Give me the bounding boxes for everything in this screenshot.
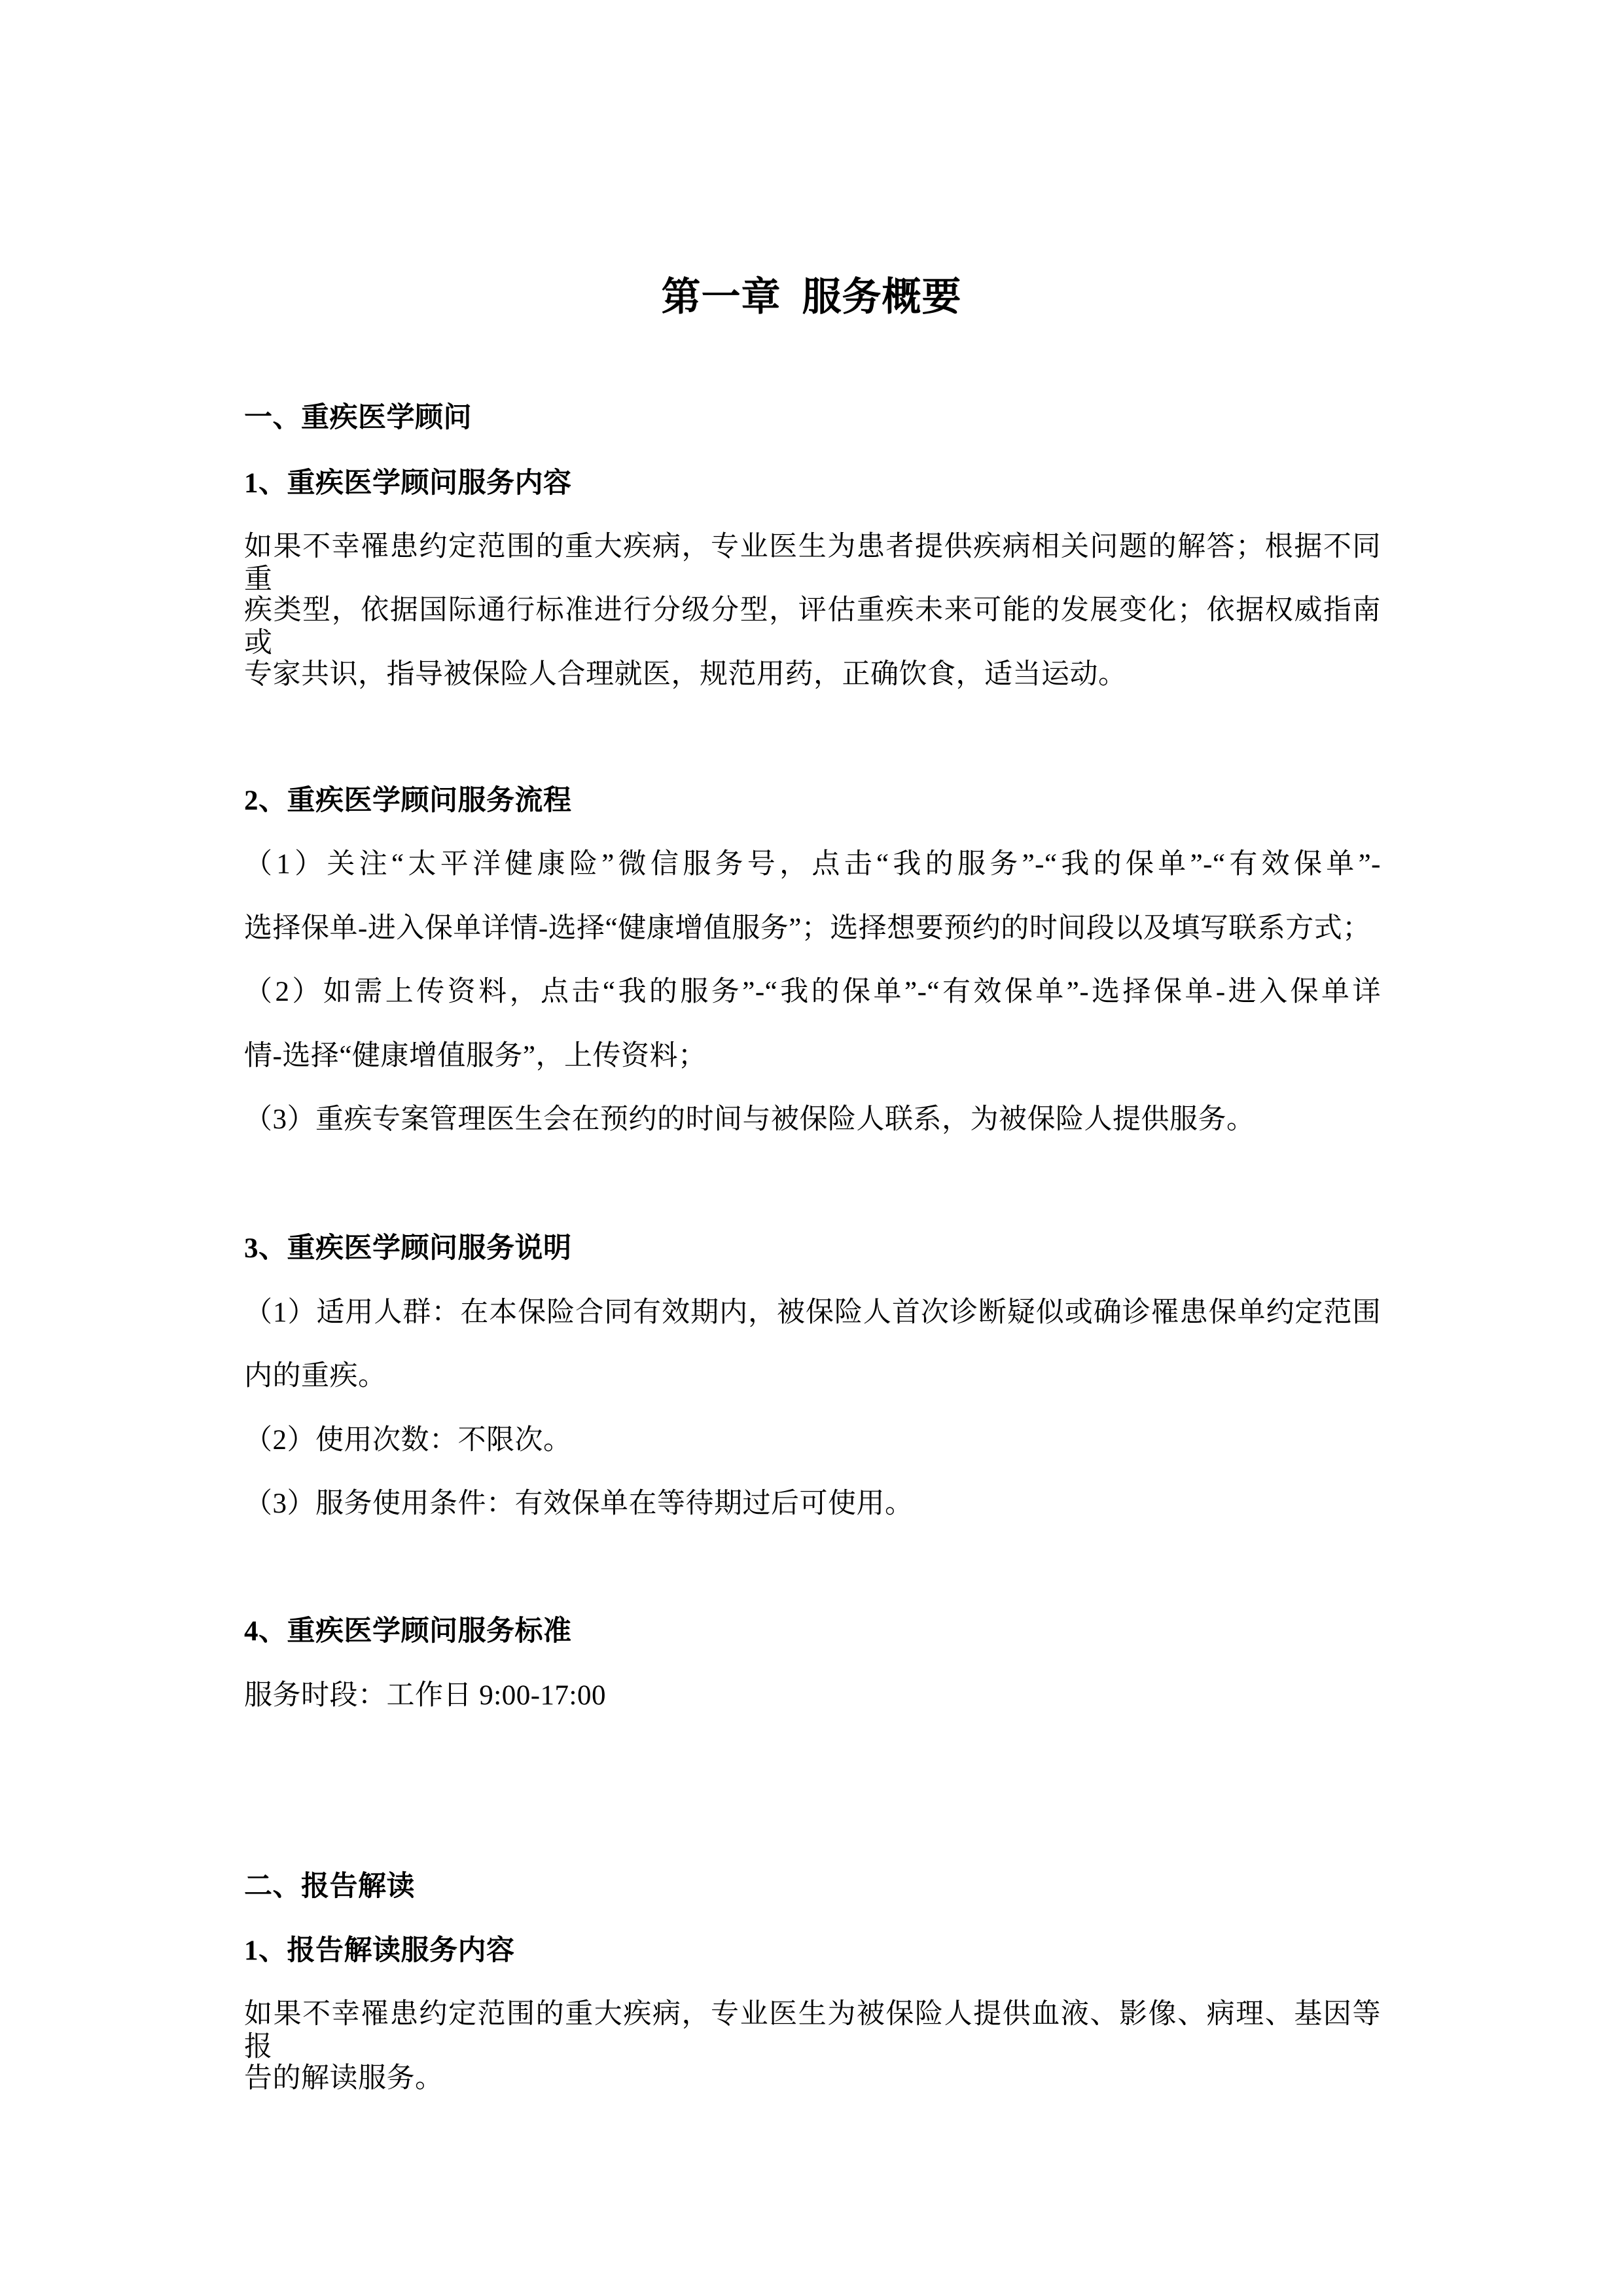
body-line: （3）服务使用条件：有效保单在等待期过后可使用。 <box>244 1488 1381 1520</box>
section-heading-critical-illness-medical-advisor: 一、重疾医学顾问 <box>244 402 1381 435</box>
subsection-heading-report-service-content: 1、报告解读服务内容 <box>244 1935 1381 1967</box>
body-line: 专家共识，指导被保险人合理就医，规范用药，正确饮食，适当运动。 <box>244 658 1381 691</box>
body-line: （1）适用人群：在本保险合同有效期内，被保险人首次诊断疑似或确诊罹患保单约定范围 <box>244 1297 1381 1329</box>
body-line: （2）使用次数：不限次。 <box>244 1424 1381 1457</box>
body-line: （2）如需上传资料，点击“我的服务”-“我的保单”-“有效保单”-选择保单-进入… <box>244 976 1381 1009</box>
body-line: （1）关注“太平洋健康险”微信服务号，点击“我的服务”-“我的保单”-“有效保单… <box>244 848 1381 881</box>
subsection-heading-service-description: 3、重疾医学顾问服务说明 <box>244 1232 1381 1265</box>
body-line: 内的重疾。 <box>244 1360 1381 1393</box>
body-line: 情-选择“健康增值服务”，上传资料； <box>244 1040 1381 1073</box>
body-line: 如果不幸罹患约定范围的重大疾病，专业医生为患者提供疾病相关问题的解答；根据不同重 <box>244 531 1381 596</box>
subsection-heading-service-process: 2、重疾医学顾问服务流程 <box>244 785 1381 817</box>
body-line: 告的解读服务。 <box>244 2062 1381 2095</box>
body-line: （3）重疾专案管理医生会在预约的时间与被保险人联系，为被保险人提供服务。 <box>244 1103 1381 1136</box>
document-page: 第一章 服务概要 一、重疾医学顾问 1、重疾医学顾问服务内容 如果不幸罹患约定范… <box>0 0 1623 2296</box>
body-line: 选择保单-进入保单详情-选择“健康增值服务”；选择想要预约的时间段以及填写联系方… <box>244 912 1381 945</box>
body-line: 如果不幸罹患约定范围的重大疾病，专业医生为被保险人提供血液、影像、病理、基因等报 <box>244 1998 1381 2064</box>
section-heading-report-interpretation: 二、报告解读 <box>244 1871 1381 1903</box>
body-line-service-hours: 服务时段：工作日 9:00-17:00 <box>244 1679 1381 1712</box>
subsection-heading-service-content: 1、重疾医学顾问服务内容 <box>244 467 1381 500</box>
chapter-title: 第一章 服务概要 <box>0 275 1623 319</box>
body-line: 疾类型，依据国际通行标准进行分级分型，评估重疾未来可能的发展变化；依据权威指南或 <box>244 594 1381 660</box>
subsection-heading-service-standard: 4、重疾医学顾问服务标准 <box>244 1615 1381 1648</box>
